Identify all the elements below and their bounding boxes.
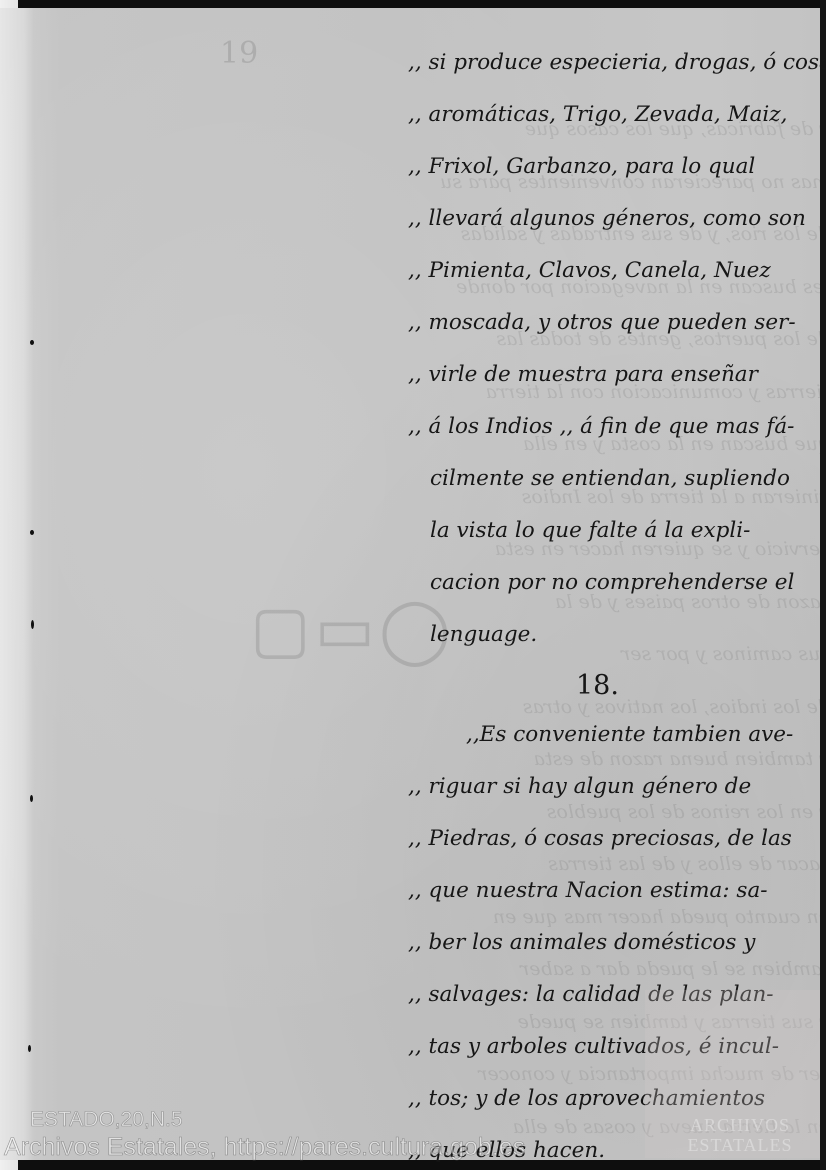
manuscript-line: ,, Piedras, ó cosas preciosas, de las bbox=[408, 826, 792, 866]
ink-speck bbox=[30, 795, 33, 802]
archive-seal-stamp: ▢▭◯ bbox=[250, 593, 460, 663]
archive-logo-text: ARCHIVOS ESTATALES bbox=[660, 1115, 820, 1155]
manuscript-line: ,, ber los animales domésticos y bbox=[408, 930, 755, 970]
manuscript-line: ,, á los Indios ,, á fin de que mas fá- bbox=[408, 414, 794, 454]
section-number: 18. bbox=[576, 670, 619, 701]
ink-speck bbox=[28, 1045, 31, 1052]
manuscript-line: ,, llevará algunos géneros, como son bbox=[408, 206, 806, 246]
ink-speck bbox=[31, 620, 34, 629]
manuscript-line: ,, aromáticas, Trigo, Zevada, Maiz, bbox=[408, 102, 787, 142]
manuscript-line: ,, moscada, y otros que pueden ser- bbox=[408, 310, 796, 350]
manuscript-line: ,, Frixol, Garbanzo, para lo qual bbox=[408, 154, 755, 194]
manuscript-line: ,, Pimienta, Clavos, Canela, Nuez bbox=[408, 258, 771, 298]
archive-source-watermark: Archivos Estatales, https://pares.cultur… bbox=[4, 1133, 525, 1162]
manuscript-line: ,, virle de muestra para enseñar bbox=[408, 362, 758, 402]
archive-reference-watermark: ESTADO,20,N.5 bbox=[30, 1108, 183, 1132]
manuscript-line: lenguage. bbox=[430, 622, 537, 662]
manuscript-line: ,, si produce especieria, drogas, ó cosa… bbox=[408, 50, 826, 90]
scan-border-top bbox=[18, 0, 826, 8]
manuscript-line: ,, que nuestra Nacion estima: sa- bbox=[408, 878, 768, 918]
ink-speck bbox=[30, 340, 34, 345]
manuscript-line: cacion por no comprehenderse el bbox=[430, 570, 794, 610]
ink-speck bbox=[30, 530, 34, 535]
manuscript-line: ,,Es conveniente tambien ave- bbox=[466, 722, 793, 762]
manuscript-line: cilmente se entiendan, supliendo bbox=[430, 466, 790, 506]
manuscript-line: ,, riguar si hay algun género de bbox=[408, 774, 751, 814]
folio-number-ghost: 19 bbox=[220, 36, 258, 71]
scan-border-right bbox=[820, 0, 826, 1170]
manuscript-line: la vista lo que falte á la expli- bbox=[430, 518, 750, 558]
